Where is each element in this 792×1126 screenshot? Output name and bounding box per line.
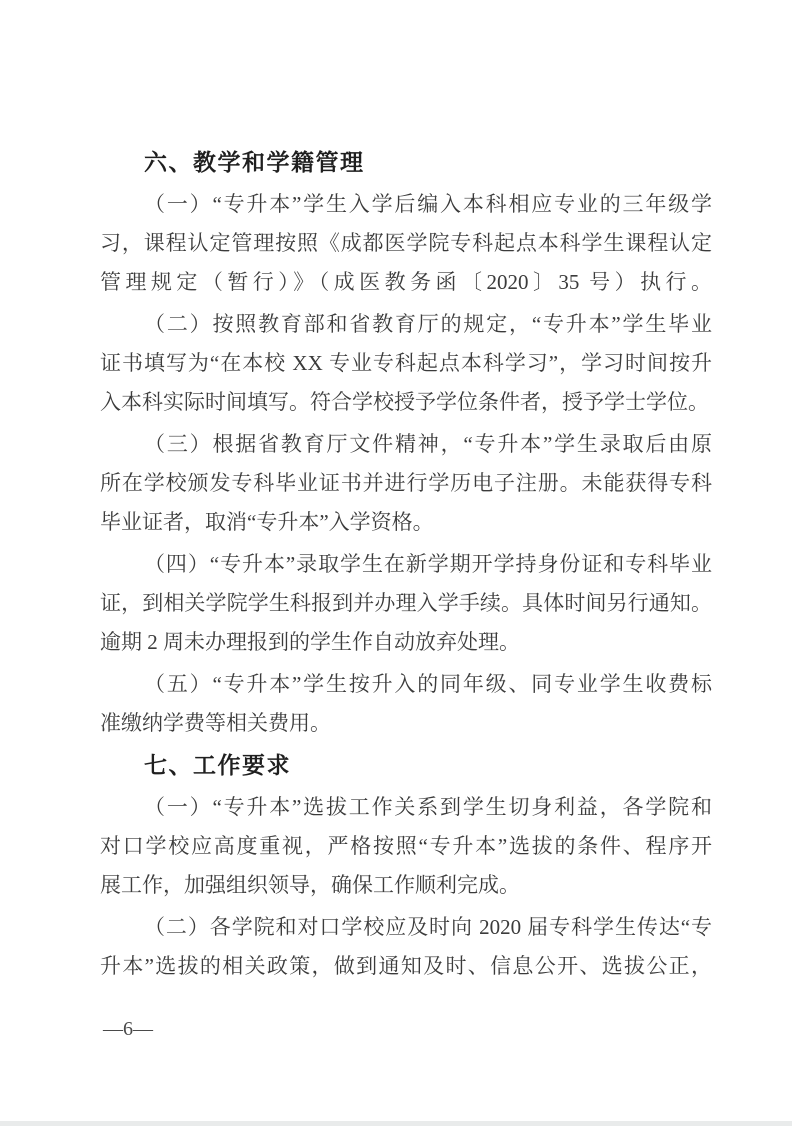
scan-edge-shadow	[0, 1121, 792, 1126]
text-line: （二）各学院和对口学校应及时向 2020 届专科学生传达“专	[100, 908, 712, 947]
text-line: 管理规定（暂行）》（成医教务函〔2020〕35 号）执行。	[100, 263, 712, 302]
text-line: 逾期 2 周未办理报到的学生作自动放弃处理。	[100, 623, 712, 662]
paragraph-6-4: （四）“专升本”录取学生在新学期开学持身份证和专科毕业 证，到相关学院学生科报到…	[100, 545, 712, 662]
text-line: 证书填写为“在本校 XX 专业专科起点本科学习”，学习时间按升	[100, 344, 712, 383]
paragraph-6-5: （五）“专升本”学生按升入的同年级、同专业学生收费标 准缴纳学费等相关费用。	[100, 665, 712, 743]
paragraph-6-3: （三）根据省教育厅文件精神，“专升本”学生录取后由原 所在学校颁发专科毕业证书并…	[100, 425, 712, 542]
section-heading-6: 六、教学和学籍管理	[100, 143, 712, 182]
document-body: 六、教学和学籍管理 （一）“专升本”学生入学后编入本科相应专业的三年级学 习，课…	[100, 143, 712, 986]
text-line: （一）“专升本”学生入学后编入本科相应专业的三年级学	[100, 185, 712, 224]
text-line: （一）“专升本”选拔工作关系到学生切身利益，各学院和	[100, 788, 712, 827]
paragraph-6-1: （一）“专升本”学生入学后编入本科相应专业的三年级学 习，课程认定管理按照《成都…	[100, 185, 712, 302]
paragraph-6-2: （二）按照教育部和省教育厅的规定，“专升本”学生毕业 证书填写为“在本校 XX …	[100, 305, 712, 422]
text-line: 入本科实际时间填写。符合学校授予学位条件者，授予学士学位。	[100, 383, 712, 422]
text-line: 毕业证者，取消“专升本”入学资格。	[100, 503, 712, 542]
text-line: （三）根据省教育厅文件精神，“专升本”学生录取后由原	[100, 425, 712, 464]
text-line: 展工作，加强组织领导，确保工作顺利完成。	[100, 866, 712, 905]
text-line: （四）“专升本”录取学生在新学期开学持身份证和专科毕业	[100, 545, 712, 584]
text-line: （五）“专升本”学生按升入的同年级、同专业学生收费标	[100, 665, 712, 704]
text-line: （二）按照教育部和省教育厅的规定，“专升本”学生毕业	[100, 305, 712, 344]
document-page: 六、教学和学籍管理 （一）“专升本”学生入学后编入本科相应专业的三年级学 习，课…	[0, 0, 792, 1126]
section-heading-7: 七、工作要求	[100, 746, 712, 785]
paragraph-7-1: （一）“专升本”选拔工作关系到学生切身利益，各学院和 对口学校应高度重视，严格按…	[100, 788, 712, 905]
paragraph-7-2: （二）各学院和对口学校应及时向 2020 届专科学生传达“专 升本”选拔的相关政…	[100, 908, 712, 986]
text-line: 所在学校颁发专科毕业证书并进行学历电子注册。未能获得专科	[100, 464, 712, 503]
text-line: 准缴纳学费等相关费用。	[100, 704, 712, 743]
text-line: 习，课程认定管理按照《成都医学院专科起点本科学生课程认定	[100, 224, 712, 263]
text-line: 证，到相关学院学生科报到并办理入学手续。具体时间另行通知。	[100, 584, 712, 623]
text-line: 升本”选拔的相关政策，做到通知及时、信息公开、选拔公正，	[100, 947, 712, 986]
page-number: —6—	[103, 1018, 153, 1040]
text-line: 对口学校应高度重视，严格按照“专升本”选拔的条件、程序开	[100, 827, 712, 866]
